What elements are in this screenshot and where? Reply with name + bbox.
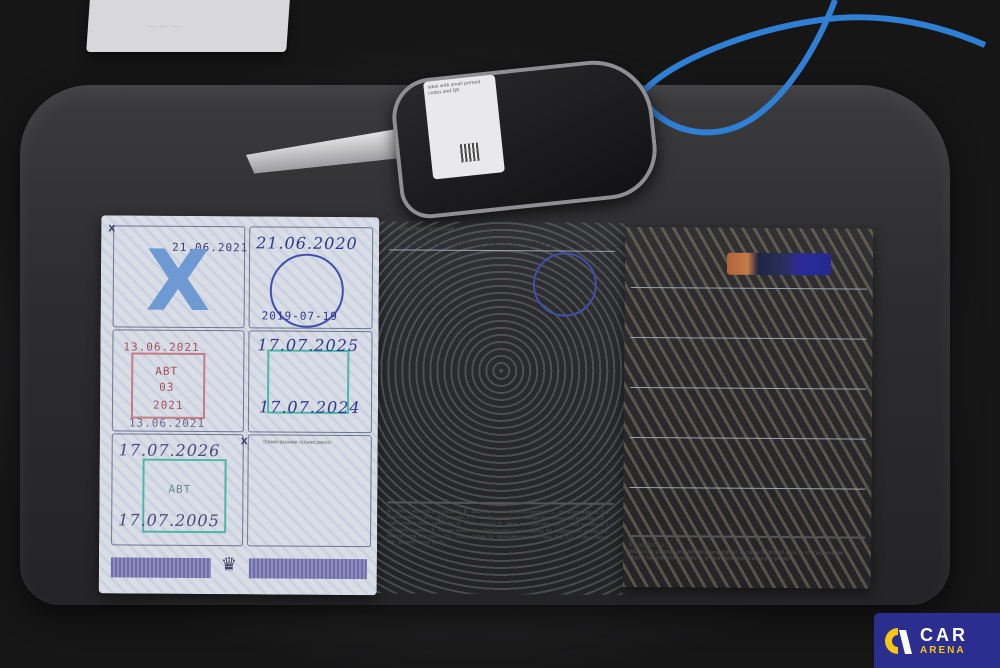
key-fob-label-text: label with small printed codes and QR [427,80,480,96]
cell-header: TERMIN BADANIA TECHNICZNEGO [263,439,331,446]
stamp-line: ABT [168,483,191,496]
rect-stamp: ABT 03 2021 [131,353,205,420]
divider [629,487,865,490]
polish-eagle-emblem-icon: ♛ [221,554,237,575]
paper-sheet-top: ... ... ... [86,0,290,52]
inspection-cell-r3c2: X TERMIN BADANIA TECHNICZNEGO [247,434,372,547]
stamp-line: 2021 [153,399,184,412]
emission-level-line: ---(V.9) POZIOM EMISJI SPALIN - EURO 6 D… [397,239,644,251]
x-mark: X [241,437,248,447]
inspection-cell-r2c2: 17.07.2025 17.07.2024 [248,330,373,433]
hologram-sticker [727,253,831,276]
stamp-line: ABT [155,365,178,378]
document-middle-page: ADNOTACJE URZĘDOWE A - numer rejestracyj… [377,221,626,595]
x-mark: X [108,224,115,234]
divider [630,337,866,340]
divider [629,535,865,539]
handwritten-date: 17.07.2005 [118,510,220,530]
handwritten-date: 17.07.2024 [259,397,361,417]
blue-tag-loop [630,0,990,150]
handwritten-date: 21.06.2020 [256,233,358,253]
stamp-line: 03 [159,381,174,394]
round-stamp [533,252,597,316]
car-arena-logo: CAR ARENA [874,613,1000,668]
divider [630,437,866,440]
car-arena-logo-icon [884,626,912,656]
notice-text: Właściciel pojazdu jest zobowiązany zgło… [629,549,859,563]
legend-text: A - numer rejestracyjny pojazdu; B - dat… [387,509,613,548]
divider [387,501,613,505]
notice-block: Pouczenie: Właściciel pojazdu jest zobow… [629,541,859,563]
inspection-cell-r1c2: 21.06.2020 2019-07-19 [249,226,374,329]
stamp-date: 2019-07-19 [262,309,338,323]
paper-sheet-text: ... ... ... [148,22,180,29]
inspection-cell-r3c1: ABT 17.07.2026 17.07.2005 [111,433,244,546]
registration-document: X 21.06.2021 X 21.06.2020 2019-07-19 13.… [99,215,874,600]
page-header: ADNOTACJE URZĘDOWE [399,227,454,234]
logo-text-car: CAR [920,626,968,644]
inspection-cell-r1c1: X 21.06.2021 X [113,225,246,328]
handwritten-date: 17.07.2026 [119,440,221,460]
decorative-band-left [111,557,211,578]
document-left-page: X 21.06.2021 X 21.06.2020 2019-07-19 13.… [99,215,380,595]
document-right-page [623,227,874,589]
divider [630,387,866,390]
key-fob-label: label with small printed codes and QR [423,75,505,180]
stamp-date: 13.06.2021 [129,417,205,431]
qr-code-icon [460,143,480,163]
decorative-band-right [249,558,367,579]
inspection-cell-r2c1: 13.06.2021 ABT 03 2021 13.06.2021 [112,329,245,432]
handwritten-date: 17.07.2025 [257,335,359,355]
cross-stamp: X [146,239,211,323]
divider [631,287,867,290]
logo-text-arena: ARENA [920,646,968,656]
